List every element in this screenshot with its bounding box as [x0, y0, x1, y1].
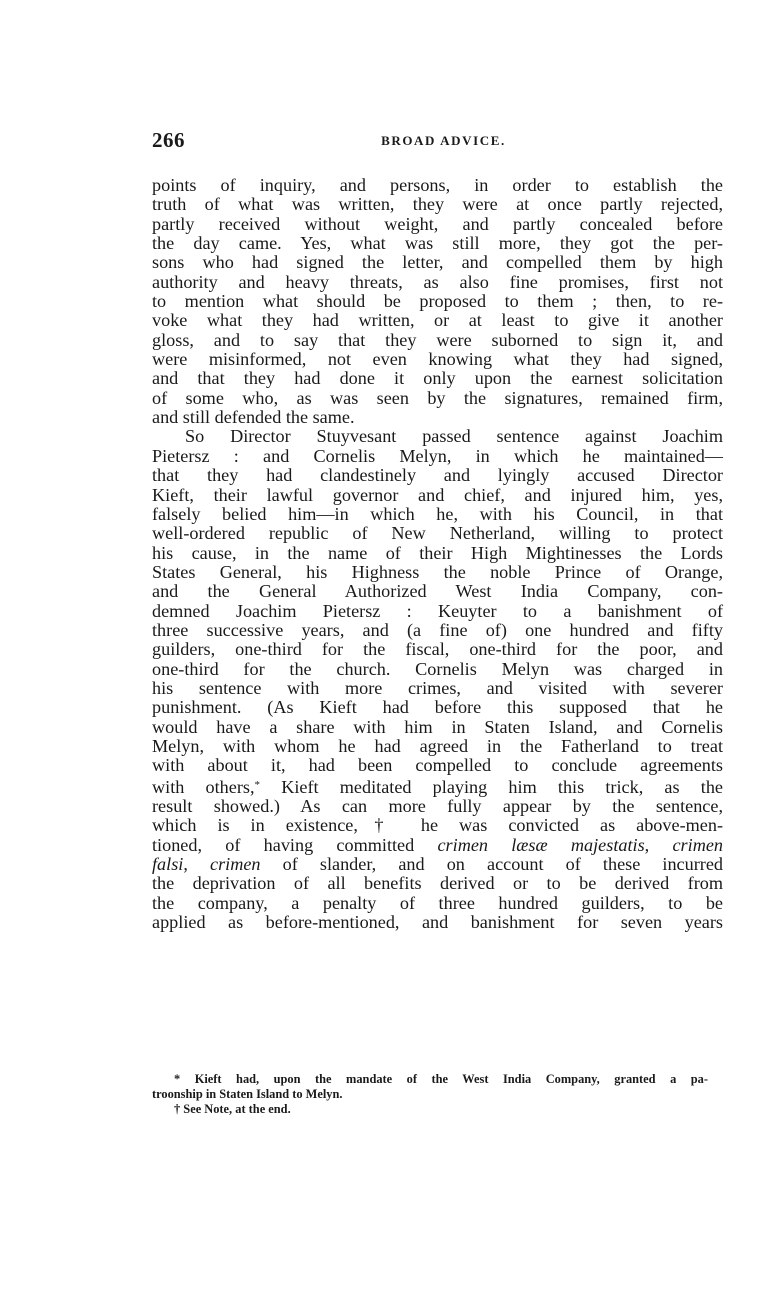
- latin-phrase: crimen læsæ majestatis: [437, 835, 644, 855]
- footnote-reference-dagger[interactable]: †: [358, 815, 400, 835]
- text-line: voke what they had written, or at least …: [152, 311, 723, 330]
- text-line: tioned, of having committed crimen læsæ …: [152, 836, 723, 855]
- body-text: points of inquiry, and persons, in order…: [152, 176, 723, 932]
- text-line: result showed.) As can more fully appear…: [152, 797, 723, 816]
- text-line: partly received without weight, and part…: [152, 215, 723, 234]
- text-line: Kieft, their lawful governor and chief, …: [152, 486, 723, 505]
- text-line: which is in existence,† he was convicted…: [152, 816, 723, 835]
- running-head: 266 BROAD ADVICE.: [152, 128, 723, 154]
- text-run: which is in existence,: [152, 815, 358, 835]
- text-line: falsi, crimen of slander, and on account…: [152, 855, 723, 874]
- text-line: with about it, had been compelled to con…: [152, 756, 723, 775]
- text-line: and still defended the same.: [152, 408, 723, 427]
- text-line: to mention what should be proposed to th…: [152, 292, 723, 311]
- text-run: of slander, and on account of these incu…: [261, 854, 723, 874]
- text-line: and that they had done it only upon the …: [152, 369, 723, 388]
- text-line: points of inquiry, and persons, in order…: [152, 176, 723, 195]
- text-line: that they had clandestinely and lyingly …: [152, 466, 723, 485]
- latin-phrase: crimen: [672, 835, 723, 855]
- text-line: and the General Authorized West India Co…: [152, 582, 723, 601]
- text-line: of some who, as was seen by the signatur…: [152, 389, 723, 408]
- footnote-line: † See Note, at the end.: [152, 1102, 708, 1117]
- book-page: 266 BROAD ADVICE. points of inquiry, and…: [152, 128, 723, 932]
- text-line: Melyn, with whom he had agreed in the Fa…: [152, 737, 723, 756]
- footnote-line: troonship in Staten Island to Melyn.: [152, 1087, 708, 1102]
- text-line: Pietersz : and Cornelis Melyn, in which …: [152, 447, 723, 466]
- footnotes: * Kieft had, upon the mandate of the Wes…: [152, 1072, 708, 1117]
- text-line: demned Joachim Pietersz : Keuyter to a b…: [152, 602, 723, 621]
- text-line: one-third for the church. Cornelis Melyn…: [152, 660, 723, 679]
- text-line: would have a share with him in Staten Is…: [152, 718, 723, 737]
- running-title: BROAD ADVICE.: [152, 133, 723, 149]
- text-line: falsely belied him—in which he, with his…: [152, 505, 723, 524]
- text-line: sons who had signed the letter, and comp…: [152, 253, 723, 272]
- text-line: with others,* Kieft meditated playing hi…: [152, 776, 723, 797]
- text-line: gloss, and to say that they were suborne…: [152, 331, 723, 350]
- text-line: authority and heavy threats, as also fin…: [152, 273, 723, 292]
- latin-phrase: crimen: [210, 854, 261, 874]
- text-line: truth of what was written, they were at …: [152, 195, 723, 214]
- text-line: So Director Stuyvesant passed sentence a…: [152, 427, 723, 446]
- footnote-line: * Kieft had, upon the mandate of the Wes…: [152, 1072, 708, 1087]
- footnote-asterisk: * Kieft had, upon the mandate of the Wes…: [152, 1072, 708, 1102]
- text-run: See Note, at the end.: [180, 1102, 290, 1116]
- text-line: guilders, one-third for the fiscal, one-…: [152, 640, 723, 659]
- footnote-dagger: † See Note, at the end.: [152, 1102, 708, 1117]
- text-line: States General, his Highness the noble P…: [152, 563, 723, 582]
- text-line: the day came. Yes, what was still more, …: [152, 234, 723, 253]
- text-line: applied as before-mentioned, and banishm…: [152, 913, 723, 932]
- text-line: his sentence with more crimes, and visit…: [152, 679, 723, 698]
- text-run: Kieft had, upon the mandate of the West …: [180, 1072, 708, 1086]
- text-line: were misinformed, not even knowing what …: [152, 350, 723, 369]
- text-line: the deprivation of all benefits derived …: [152, 874, 723, 893]
- text-run: ,: [183, 854, 210, 874]
- text-line: well-ordered republic of New Netherland,…: [152, 524, 723, 543]
- text-run: tioned, of having committed: [152, 835, 437, 855]
- text-line: his cause, in the name of their High Mig…: [152, 544, 723, 563]
- text-line: three successive years, and (a fine of) …: [152, 621, 723, 640]
- text-run: he was convicted as above-men-: [400, 815, 723, 835]
- text-line: the company, a penalty of three hundred …: [152, 894, 723, 913]
- text-run: Kieft meditated playing him this trick, …: [260, 777, 723, 797]
- text-line: punishment. (As Kieft had before this su…: [152, 698, 723, 717]
- text-run: with others,: [152, 777, 255, 797]
- text-run: ,: [645, 835, 673, 855]
- paragraph-1: points of inquiry, and persons, in order…: [152, 176, 723, 427]
- latin-phrase: falsi: [152, 854, 183, 874]
- paragraph-2: So Director Stuyvesant passed sentence a…: [152, 427, 723, 932]
